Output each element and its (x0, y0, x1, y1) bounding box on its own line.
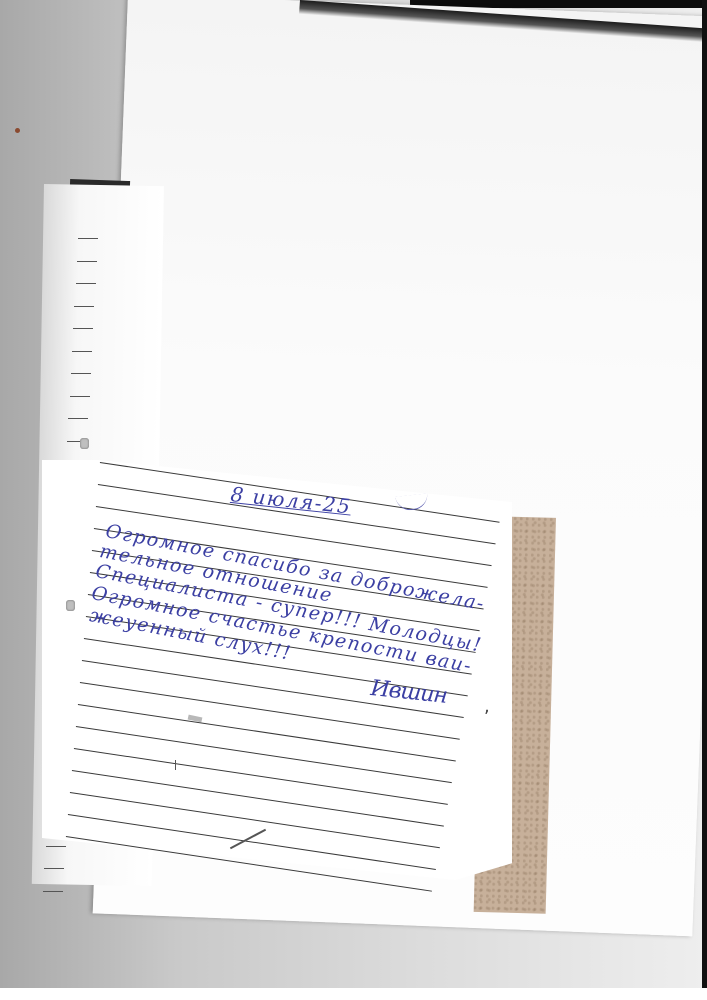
left-rule-tick (73, 328, 93, 329)
left-rule-tick (46, 846, 66, 847)
left-rule-tick (77, 261, 97, 262)
scanner-right-edge (702, 0, 707, 988)
left-rule-tick (76, 283, 96, 284)
pencil-tick (175, 760, 176, 770)
left-rule-tick (74, 306, 94, 307)
scan-bottom-margin (0, 988, 707, 1000)
left-rule-tick (72, 351, 92, 352)
left-rule-tick (78, 238, 98, 239)
left-rule-tick (70, 396, 90, 397)
binding-hole (80, 438, 89, 449)
left-rule-tick (71, 373, 91, 374)
left-rule-tick (68, 418, 88, 419)
dust-speck (15, 128, 20, 133)
comma-mark: , (484, 696, 490, 717)
left-rule-tick (43, 891, 63, 892)
binding-hole (66, 600, 75, 611)
left-rule-tick (44, 868, 64, 869)
